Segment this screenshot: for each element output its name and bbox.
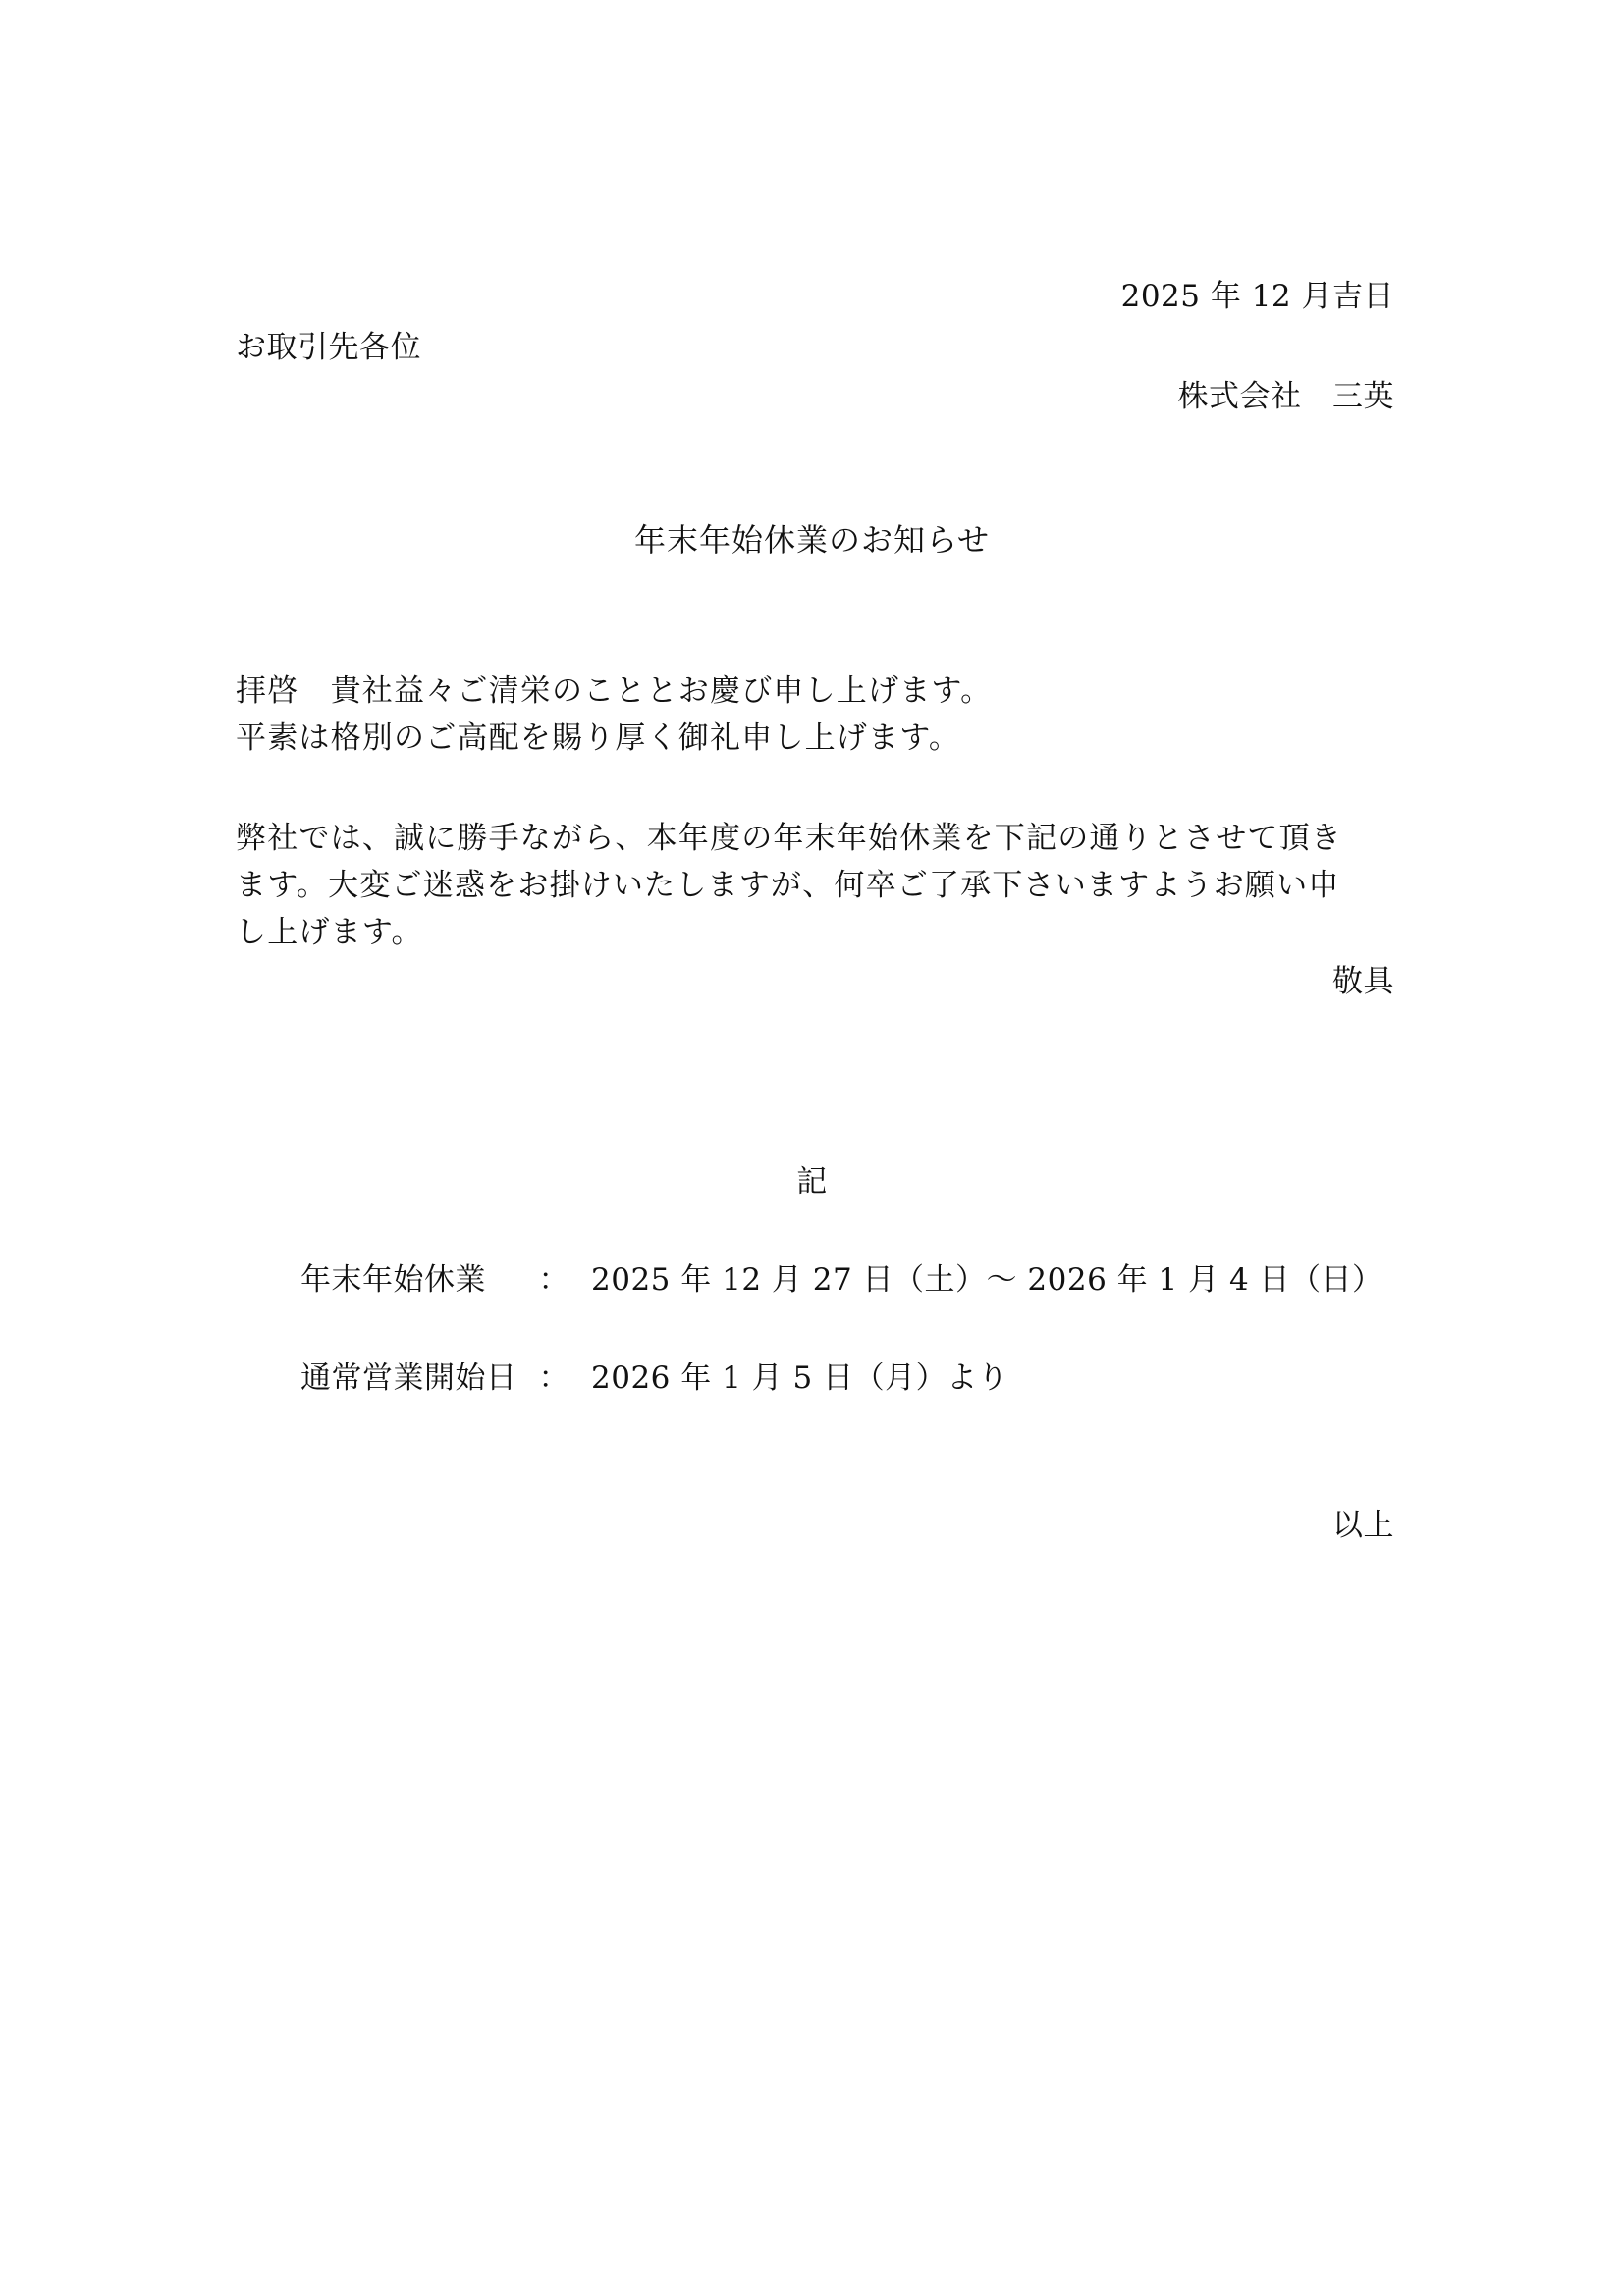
detail-label: 通常営業開始日 xyxy=(300,1359,517,1398)
body-line-3: し上げます。 xyxy=(236,909,1396,956)
detail-row-reopen: 通常営業開始日：2026 年 1 月 5 日（月）より xyxy=(300,1359,1008,1398)
greeting-paragraph: 拝啓 貴社益々ご清栄のこととお慶び申し上げます。 平素は格別のご高配を賜り厚く御… xyxy=(236,667,1396,762)
body-line-2: ます。大変ご迷惑をお掛けいたしますが、何卒ご了承下さいますようお願い申 xyxy=(236,862,1396,909)
detail-separator: ： xyxy=(539,1260,570,1300)
greeting-line-1: 拝啓 貴社益々ご清栄のこととお慶び申し上げます。 xyxy=(236,667,1396,715)
detail-separator: ： xyxy=(539,1359,570,1398)
detail-value: 2026 年 1 月 5 日（月）より xyxy=(591,1359,1008,1398)
sender-company: 株式会社 三英 xyxy=(1178,377,1395,416)
closing-keigu: 敬具 xyxy=(1332,962,1394,1001)
document-title: 年末年始休業のお知らせ xyxy=(0,520,1624,560)
closing-ijou: 以上 xyxy=(1332,1506,1394,1545)
document-page: 2025 年 12 月吉日 お取引先各位 株式会社 三英 年末年始休業のお知らせ… xyxy=(0,0,1624,2296)
detail-value: 2025 年 12 月 27 日（土）～ 2026 年 1 月 4 日（日） xyxy=(591,1260,1383,1300)
detail-row-holiday: 年末年始休業 ：2025 年 12 月 27 日（土）～ 2026 年 1 月 … xyxy=(300,1260,1383,1300)
body-paragraph: 弊社では、誠に勝手ながら、本年度の年末年始休業を下記の通りとさせて頂き ます。大… xyxy=(236,815,1396,956)
recipient: お取引先各位 xyxy=(236,328,421,367)
detail-label: 年末年始休業 xyxy=(300,1260,517,1300)
document-date: 2025 年 12 月吉日 xyxy=(1121,277,1394,316)
greeting-line-2: 平素は格別のご高配を賜り厚く御礼申し上げます。 xyxy=(236,715,1396,762)
body-line-1: 弊社では、誠に勝手ながら、本年度の年末年始休業を下記の通りとさせて頂き xyxy=(236,815,1396,862)
ki-heading: 記 xyxy=(0,1162,1624,1201)
